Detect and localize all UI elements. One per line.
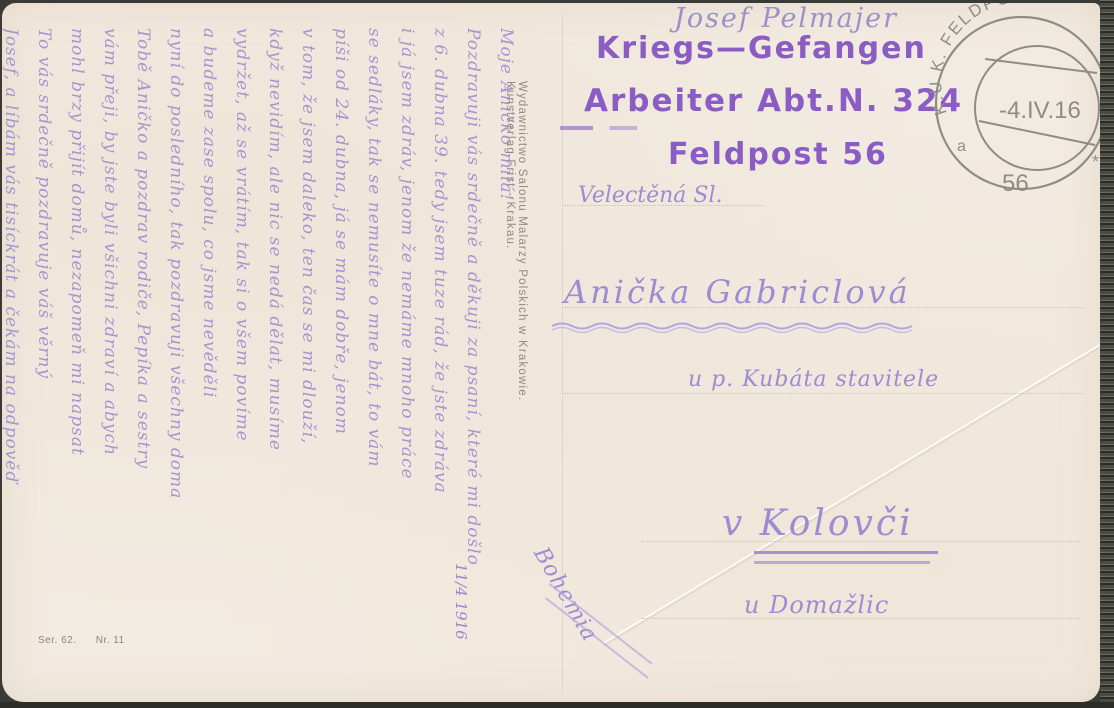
postmark-star: *: [1092, 152, 1099, 172]
letter-line: To vás srdečně pozdravuje váš věrný: [27, 28, 60, 688]
letter-line: píši od 24. dubna, já se mám dobře, jeno…: [324, 28, 357, 688]
letter-line: a budeme zase spolu, co jsme nevěděli: [192, 28, 225, 688]
town-underline: [754, 551, 938, 554]
letter-line: vydržet, až se vrátím, tak si o všem pov…: [225, 28, 258, 688]
postcard: Moje Aničko milá!Pozdravuji vás srdečně …: [2, 3, 1100, 702]
sender-signature: Josef Pelmajer: [674, 3, 898, 34]
address-dotted-line: [564, 393, 1084, 394]
address-district: u Domažlic: [744, 591, 889, 619]
scanner-background-right: [1100, 0, 1114, 708]
letter-lines: Moje Aničko milá!Pozdravuji vás srdečně …: [22, 28, 522, 688]
address-salutation: Velectěná Sl.: [578, 183, 723, 208]
recipient-underline: [552, 319, 922, 333]
censor-stamp-line-1: Kriegs—Gefangen: [596, 31, 927, 66]
censor-stamp-line-2: Arbeiter Abt.N. 324: [584, 83, 963, 119]
letter-date: 11/4 1916: [452, 563, 470, 640]
address-care-of: u p. Kubáta stavitele: [688, 367, 939, 392]
censor-stamp-line-3: Feldpost 56: [668, 137, 888, 172]
letter-line: mohl brzy přijít domů, nezapomeň mi naps…: [60, 28, 93, 688]
letter-line: nyní do posledního, tak pozdravuji všech…: [159, 28, 192, 688]
publisher-line-1: Wydawnictwo Salonu Malarzy Polskich w Kr…: [516, 81, 528, 601]
letter-line: Tobě Aničko a pozdrav rodiče, Pepíka a s…: [126, 28, 159, 688]
letter-line: i já jsem zdráv, jenom že nemáme mnoho p…: [390, 28, 423, 688]
letter-line: když nevidím, ale nic se nedá dělat, mus…: [258, 28, 291, 688]
letter-line: Josef, a líbám vás tisíckrát a čekám na …: [2, 28, 27, 688]
series-label: Ser. 62.: [38, 635, 76, 646]
letter-line: v tom, že jsem daleko, ten čas se mi dlo…: [291, 28, 324, 688]
postmark-subletter: a: [957, 138, 966, 155]
scanner-background-bottom: [0, 702, 1114, 708]
letter-line: vám přeji, by jste byli všichni zdraví a…: [93, 28, 126, 688]
stamp-smudge: [560, 126, 670, 130]
publisher-line-2: Kunstverlag Frist - Krakau.: [504, 81, 516, 601]
town-underline: [754, 561, 930, 564]
series-nr: Nr. 11: [96, 635, 125, 646]
recipient-name: Anička Gabriclová: [564, 273, 911, 311]
country-underline: [545, 597, 649, 679]
postmark-date: -4.IV.16: [999, 97, 1081, 124]
series-number: Ser. 62. Nr. 11: [38, 635, 141, 646]
address-town: v Kolovči: [722, 503, 914, 544]
postmark-icon: K.U.K. FELDPOST -4.IV.16 a 56 *: [927, 3, 1100, 213]
postmark-office-number: 56: [1002, 170, 1029, 197]
letter-line: se sedláky, tak se nemusíte o mne bát, t…: [357, 28, 390, 688]
publisher-imprint: Wydawnictwo Salonu Malarzy Polskich w Kr…: [512, 81, 528, 601]
